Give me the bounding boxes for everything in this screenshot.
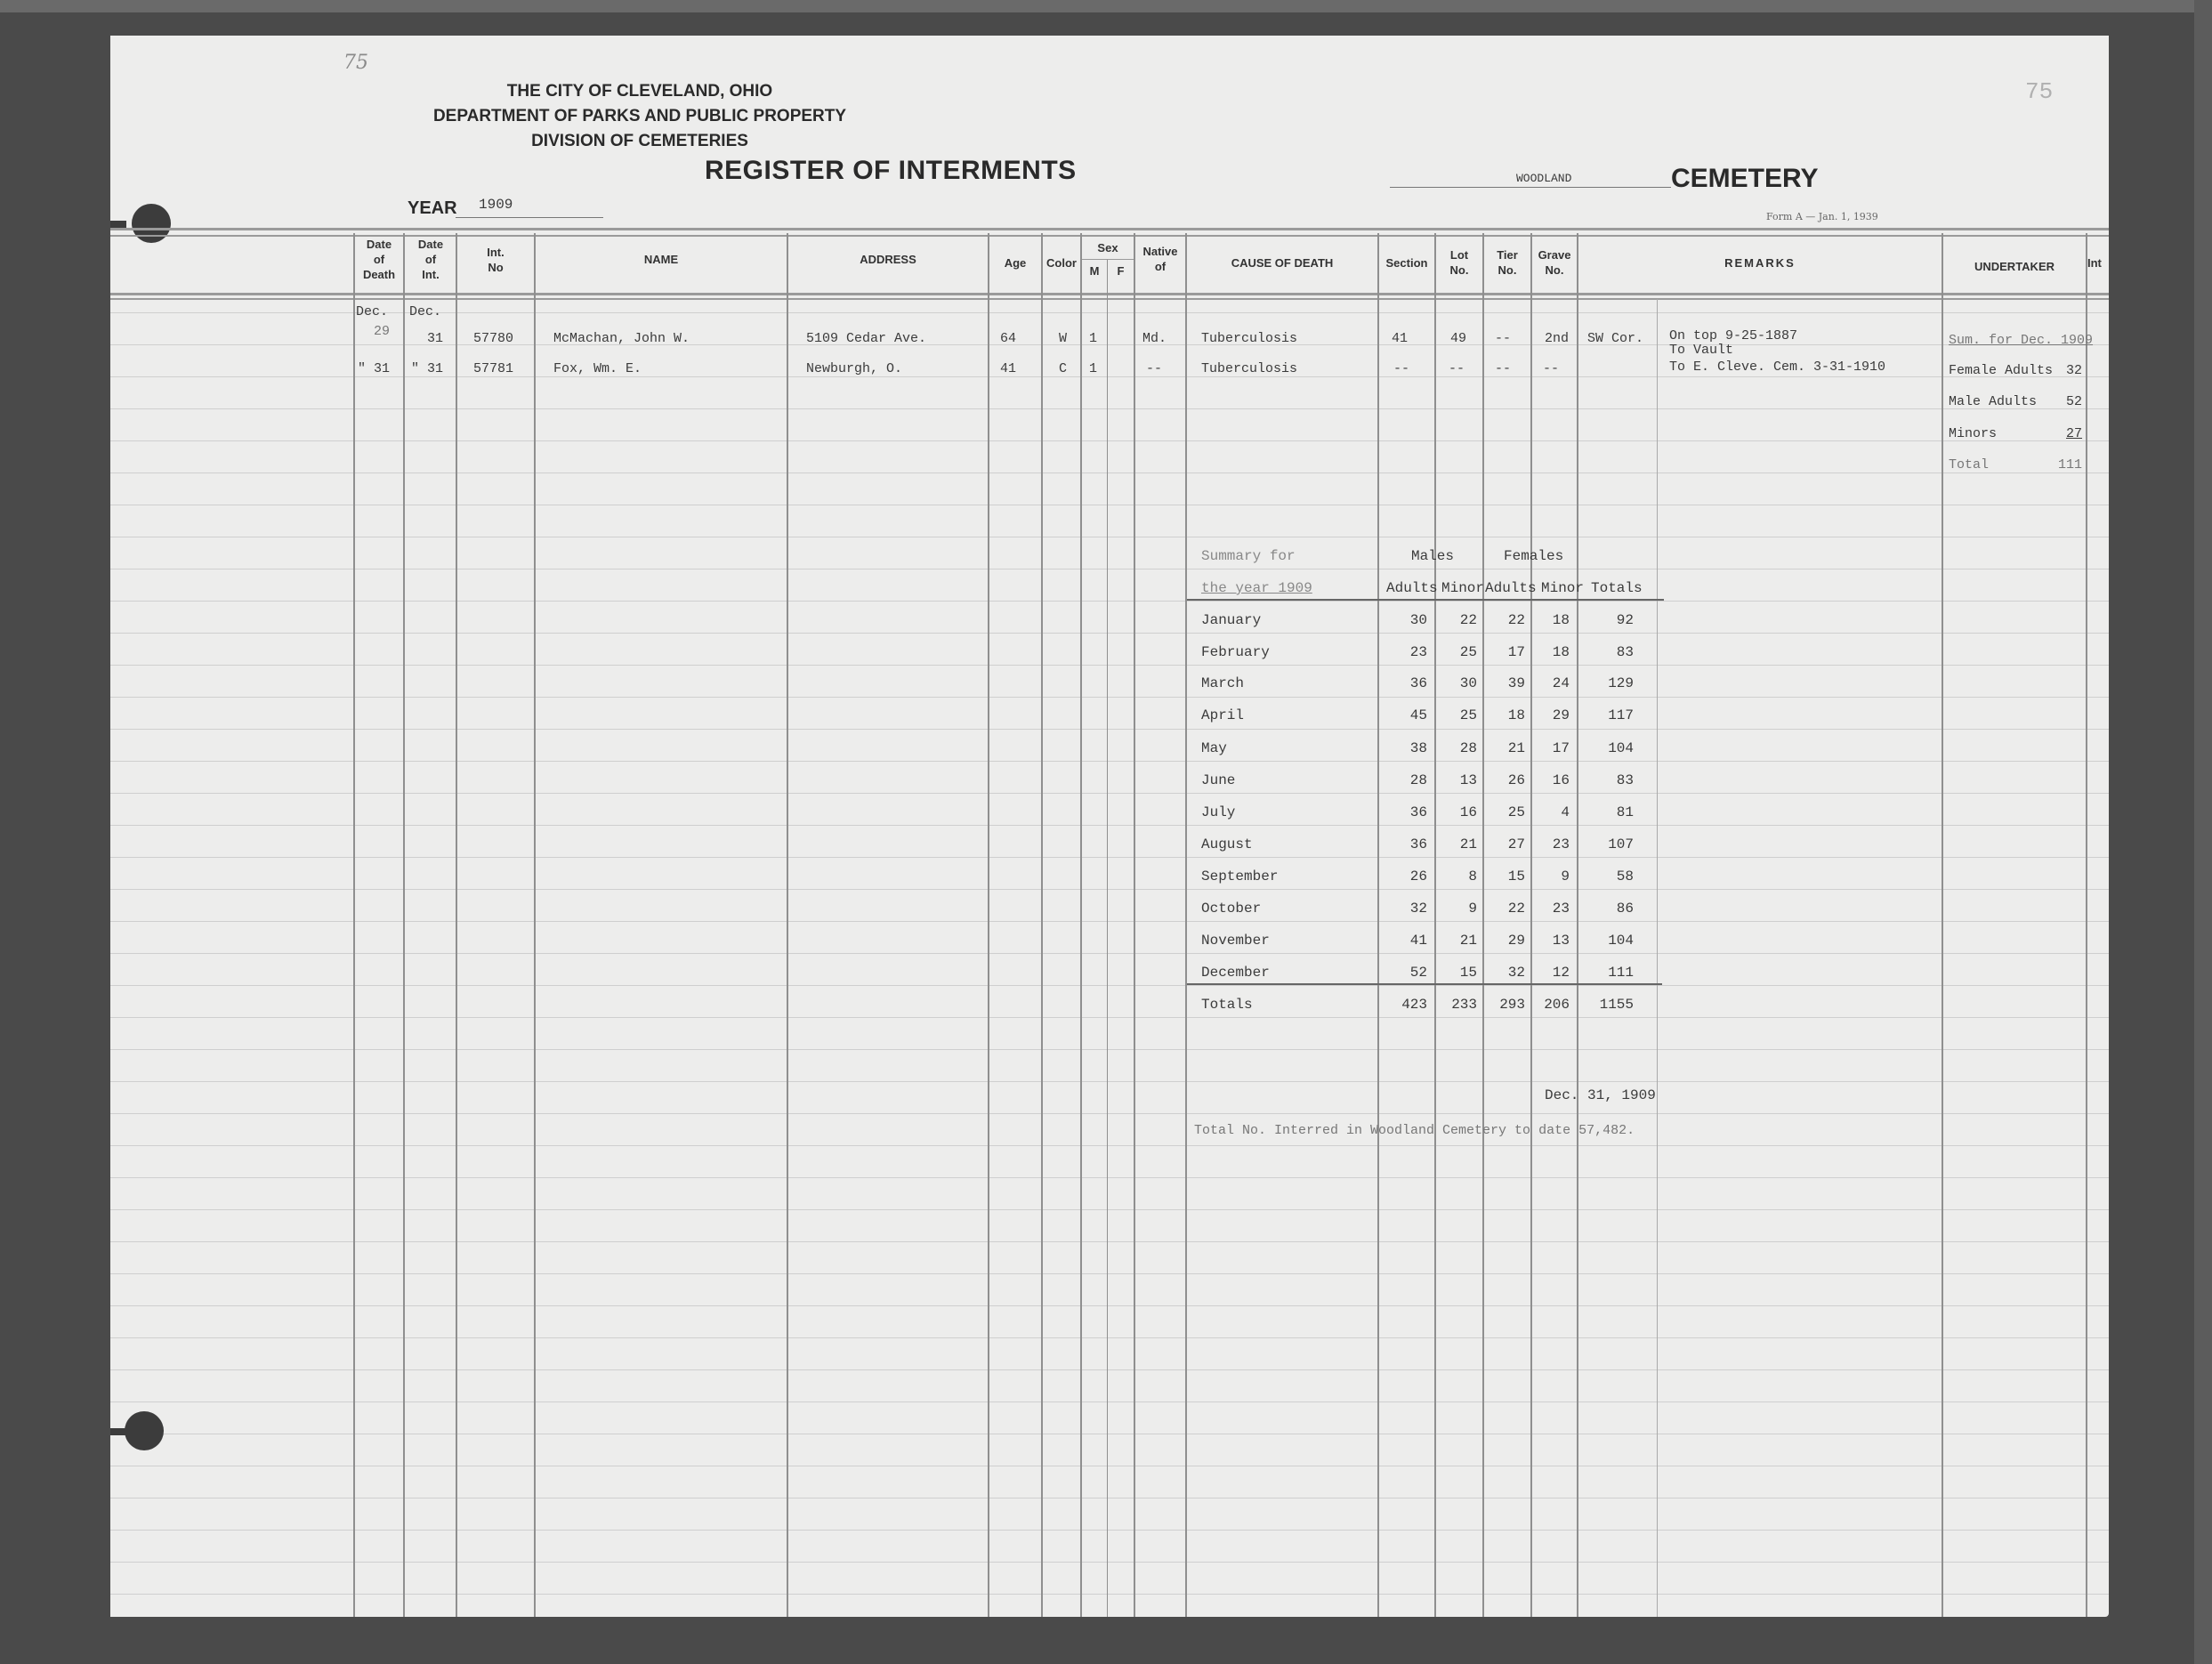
- summary-total: 1155: [1589, 997, 1634, 1013]
- col-header-date-of-death: DateofDeath: [355, 237, 403, 282]
- summary-female-adults: 39: [1481, 675, 1525, 691]
- address: 5109 Cedar Ave.: [806, 331, 926, 346]
- summary-male-adults: 36: [1383, 675, 1427, 691]
- summary-male-minor: 22: [1433, 612, 1477, 628]
- summary-male-adults: 38: [1383, 740, 1427, 756]
- summary-group-males: Males: [1411, 548, 1454, 564]
- summary-total: 81: [1589, 804, 1634, 820]
- col-header-int-no: Int.No: [457, 245, 534, 275]
- col-header-age: Age: [989, 255, 1041, 271]
- age: 41: [1000, 361, 1016, 376]
- col-line: [1041, 233, 1043, 1617]
- city-heading: THE CITY OF CLEVELAND, OHIO: [466, 82, 813, 101]
- summary-totals-label: Totals: [1201, 997, 1253, 1013]
- col-line: [1080, 233, 1082, 1617]
- color: W: [1059, 331, 1067, 346]
- summary-female-adults: 18: [1481, 707, 1525, 723]
- undertaker-summary-value: 111: [2058, 457, 2082, 473]
- col-header-sex-f: F: [1108, 263, 1134, 279]
- col-line: [1134, 233, 1135, 1617]
- summary-female-minor: 9: [1525, 868, 1570, 885]
- col-line: [2086, 233, 2087, 1617]
- summary-female-adults: 17: [1481, 644, 1525, 660]
- summary-male-minor: 28: [1433, 740, 1477, 756]
- summary-total: 86: [1589, 901, 1634, 917]
- date-of-death: " 31: [358, 361, 390, 376]
- sex-m: 1: [1089, 361, 1097, 376]
- stamped-page-number: 75: [2025, 78, 2053, 105]
- col-header-tier-no: TierNo.: [1484, 247, 1530, 278]
- summary-female-minor: 29: [1525, 707, 1570, 723]
- summary-total: 107: [1589, 836, 1634, 852]
- col-header-date-of-int: DateofInt.: [405, 237, 456, 282]
- cemetery-label: CEMETERY: [1671, 164, 1819, 194]
- header-bottom-rule: [110, 293, 2109, 295]
- tier-no: --: [1495, 361, 1511, 376]
- summary-male-adults: 41: [1383, 933, 1427, 949]
- summary-total: 58: [1589, 868, 1634, 885]
- binder-hole-bottom: [125, 1411, 164, 1450]
- summary-male-minor: 25: [1433, 707, 1477, 723]
- summary-male-adults: 423: [1383, 997, 1427, 1013]
- sex-m: 1: [1089, 331, 1097, 346]
- register-page: 75 75 THE CITY OF CLEVELAND, OHIO DEPART…: [110, 36, 2109, 1617]
- col-header-color: Color: [1043, 255, 1080, 271]
- native-of: --: [1146, 361, 1162, 376]
- summary-female-adults: 22: [1481, 612, 1525, 628]
- col-header-cause-of-death: CAUSE OF DEATH: [1187, 255, 1377, 271]
- summary-total: 129: [1589, 675, 1634, 691]
- summary-col-header: Minor: [1541, 580, 1584, 596]
- summary-male-adults: 52: [1383, 965, 1427, 981]
- date-of-int: 31: [427, 331, 443, 346]
- col-line: [456, 233, 457, 1617]
- age: 64: [1000, 331, 1016, 346]
- summary-female-minor: 206: [1525, 997, 1570, 1013]
- summary-female-adults: 32: [1481, 965, 1525, 981]
- col-line-remarks-split: [1657, 299, 1658, 1617]
- address: Newburgh, O.: [806, 361, 902, 376]
- cause-of-death: Tuberculosis: [1201, 331, 1297, 346]
- summary-female-adults: 21: [1481, 740, 1525, 756]
- cemetery-name: WOODLAND: [1516, 172, 1571, 185]
- summary-female-adults: 26: [1481, 772, 1525, 788]
- header-bottom-rule-2: [110, 298, 2109, 300]
- summary-male-adults: 28: [1383, 772, 1427, 788]
- summary-total: 92: [1589, 612, 1634, 628]
- summary-female-minor: 18: [1525, 644, 1570, 660]
- summary-female-minor: 23: [1525, 901, 1570, 917]
- summary-total: 117: [1589, 707, 1634, 723]
- summary-male-adults: 23: [1383, 644, 1427, 660]
- register-title: REGISTER OF INTERMENTS: [705, 156, 1077, 186]
- col-header-section: Section: [1379, 255, 1434, 271]
- col-line: [403, 233, 405, 1617]
- summary-date-note: Dec. 31, 1909: [1545, 1087, 1656, 1103]
- col-header-address: ADDRESS: [788, 252, 988, 267]
- binder-right-edge: [2194, 0, 2212, 1664]
- date-of-int: " 31: [411, 361, 443, 376]
- col-header-name: NAME: [536, 252, 787, 267]
- col-line: [1377, 233, 1379, 1617]
- summary-male-minor: 9: [1433, 901, 1477, 917]
- col-header-grave-no: GraveNo.: [1532, 247, 1577, 278]
- month-int: Dec.: [409, 304, 441, 319]
- summary-month-label: September: [1201, 868, 1278, 885]
- col-header-remarks: REMARKS: [1578, 255, 1942, 271]
- undertaker-summary-label: Female Adults: [1949, 363, 2053, 378]
- col-line: [1577, 233, 1578, 1617]
- summary-month-label: January: [1201, 612, 1261, 628]
- summary-female-minor: 4: [1525, 804, 1570, 820]
- date-of-death: 29: [374, 324, 390, 339]
- summary-male-minor: 30: [1433, 675, 1477, 691]
- remarks: On top 9-25-1887To Vault: [1669, 329, 1797, 358]
- summary-female-adults: 27: [1481, 836, 1525, 852]
- summary-month-label: February: [1201, 644, 1270, 660]
- summary-female-minor: 18: [1525, 612, 1570, 628]
- col-line: [988, 233, 989, 1617]
- summary-total: 104: [1589, 933, 1634, 949]
- summary-title-1: Summary for: [1201, 548, 1296, 564]
- grave-no: 2nd: [1545, 331, 1569, 346]
- summary-month-label: December: [1201, 965, 1270, 981]
- summary-month-label: July: [1201, 804, 1235, 820]
- col-line: [1185, 233, 1187, 1617]
- pencil-page-number: 75: [343, 52, 368, 74]
- year-value: 1909: [479, 197, 513, 213]
- name: McMachan, John W.: [553, 331, 690, 346]
- summary-female-minor: 13: [1525, 933, 1570, 949]
- summary-female-minor: 24: [1525, 675, 1570, 691]
- undertaker-summary-value: 32: [2066, 363, 2082, 378]
- year-underline: [456, 217, 603, 218]
- col-line: [1434, 233, 1436, 1617]
- summary-female-minor: 12: [1525, 965, 1570, 981]
- remarks: To E. Cleve. Cem. 3-31-1910: [1669, 359, 1885, 375]
- col-line: [1942, 233, 1943, 1617]
- summary-female-adults: 22: [1481, 901, 1525, 917]
- summary-male-minor: 21: [1433, 933, 1477, 949]
- col-header-sex: Sex: [1082, 240, 1134, 255]
- summary-male-adults: 36: [1383, 836, 1427, 852]
- col-line-sex-split: [1107, 260, 1108, 1617]
- division-heading: DIVISION OF CEMETERIES: [466, 132, 813, 151]
- summary-col-header: Adults: [1386, 580, 1438, 596]
- undertaker-summary-label: Male Adults: [1949, 394, 2037, 409]
- summary-title-2: the year 1909: [1201, 580, 1312, 596]
- summary-total: 111: [1589, 965, 1634, 981]
- summary-header-underline: [1187, 599, 1664, 601]
- summary-col-header: Adults: [1485, 580, 1537, 596]
- undertaker-summary-value: 52: [2066, 394, 2082, 409]
- lot-no: 49: [1450, 331, 1466, 346]
- summary-male-minor: 8: [1433, 868, 1477, 885]
- year-label: YEAR: [408, 198, 457, 219]
- int-no: 57780: [473, 331, 513, 346]
- summary-total: 83: [1589, 644, 1634, 660]
- color: C: [1059, 361, 1067, 376]
- summary-december-underline: [1187, 983, 1662, 985]
- month-death: Dec.: [356, 304, 388, 319]
- undertaker-summary-value: 27: [2066, 426, 2082, 441]
- cemetery-underline: [1390, 187, 1671, 188]
- remarks-location: SW Cor.: [1587, 331, 1643, 346]
- undertaker-summary-label: Total: [1949, 457, 1989, 473]
- grave-no: --: [1543, 361, 1559, 376]
- col-line: [1482, 233, 1484, 1617]
- summary-month-label: November: [1201, 933, 1270, 949]
- col-line: [1530, 233, 1532, 1617]
- col-header-lot-no: LotNo.: [1436, 247, 1482, 278]
- summary-month-label: April: [1201, 707, 1244, 723]
- col-line: [534, 233, 536, 1617]
- summary-male-adults: 45: [1383, 707, 1427, 723]
- summary-month-label: May: [1201, 740, 1227, 756]
- summary-female-minor: 16: [1525, 772, 1570, 788]
- summary-col-header: Minor: [1441, 580, 1484, 596]
- summary-male-adults: 26: [1383, 868, 1427, 885]
- summary-group-females: Females: [1504, 548, 1563, 564]
- summary-female-adults: 293: [1481, 997, 1525, 1013]
- col-header-undertaker: UNDERTAKER: [1943, 259, 2086, 274]
- section: 41: [1392, 331, 1408, 346]
- summary-col-header: Totals: [1591, 580, 1643, 596]
- summary-female-adults: 29: [1481, 933, 1525, 949]
- summary-total-to-date: Total No. Interred in Woodland Cemetery …: [1194, 1123, 1635, 1138]
- form-note: Form A — Jan. 1, 1939: [1766, 211, 1878, 222]
- summary-total: 83: [1589, 772, 1634, 788]
- binder-top-edge: [0, 0, 2212, 12]
- summary-total: 104: [1589, 740, 1634, 756]
- summary-female-adults: 25: [1481, 804, 1525, 820]
- section: --: [1393, 361, 1409, 376]
- name: Fox, Wm. E.: [553, 361, 642, 376]
- summary-male-adults: 30: [1383, 612, 1427, 628]
- top-rule: [110, 228, 2109, 230]
- binder-hole-top: [132, 204, 171, 243]
- summary-female-minor: 17: [1525, 740, 1570, 756]
- summary-month-label: March: [1201, 675, 1244, 691]
- tier-no: --: [1495, 331, 1511, 346]
- col-header-native-of: Nativeof: [1135, 244, 1185, 274]
- summary-month-label: June: [1201, 772, 1235, 788]
- col-header-cutoff: Int: [2087, 255, 2109, 271]
- summary-female-adults: 15: [1481, 868, 1525, 885]
- cause-of-death: Tuberculosis: [1201, 361, 1297, 376]
- undertaker-summary-label: Minors: [1949, 426, 1997, 441]
- summary-month-label: October: [1201, 901, 1261, 917]
- undertaker-summary-title: Sum. for Dec. 1909: [1949, 333, 2093, 348]
- summary-female-minor: 23: [1525, 836, 1570, 852]
- summary-male-minor: 233: [1433, 997, 1477, 1013]
- binder-ring-top: [110, 221, 126, 228]
- col-header-sex-m: M: [1082, 263, 1107, 279]
- sex-header-rule: [1082, 259, 1134, 260]
- lot-no: --: [1449, 361, 1465, 376]
- summary-male-minor: 16: [1433, 804, 1477, 820]
- native-of: Md.: [1142, 331, 1167, 346]
- int-no: 57781: [473, 361, 513, 376]
- department-heading: DEPARTMENT OF PARKS AND PUBLIC PROPERTY: [386, 107, 893, 126]
- col-line: [787, 233, 788, 1617]
- summary-male-minor: 25: [1433, 644, 1477, 660]
- summary-male-minor: 21: [1433, 836, 1477, 852]
- summary-male-adults: 32: [1383, 901, 1427, 917]
- summary-male-adults: 36: [1383, 804, 1427, 820]
- summary-male-minor: 15: [1433, 965, 1477, 981]
- summary-month-label: August: [1201, 836, 1253, 852]
- col-line: [353, 233, 355, 1617]
- summary-male-minor: 13: [1433, 772, 1477, 788]
